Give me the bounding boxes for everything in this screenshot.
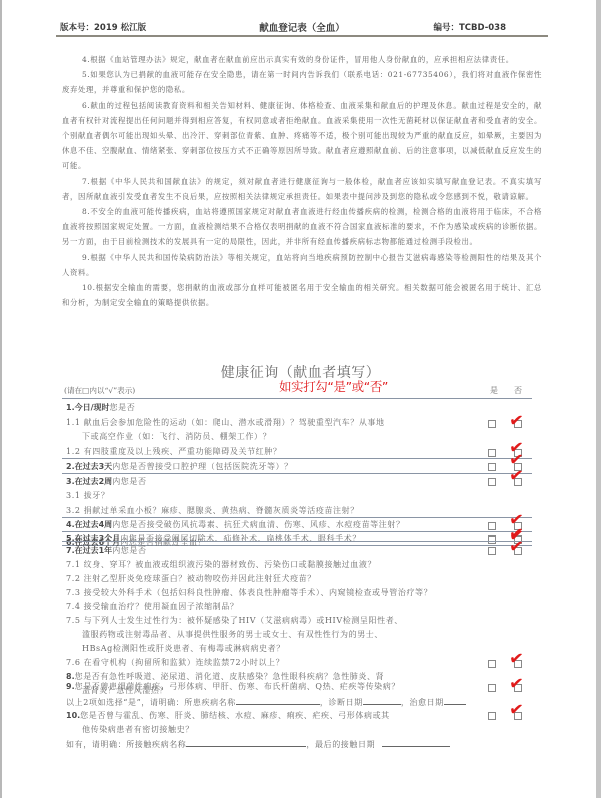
followup-contact-disease: 如有，请明确：所接触疾病名称，最后的接触日期 <box>66 738 450 750</box>
question-7-4: 7.4 接受输血治疗？使用凝血因子浓缩制品？ <box>66 601 238 612</box>
row-divider <box>62 473 532 474</box>
checkmark-icon: ✔ <box>508 538 524 556</box>
header-divider <box>56 35 548 37</box>
column-header-yes: 是 <box>490 385 498 396</box>
checkbox-q8-yes[interactable] <box>488 660 496 668</box>
diagnosis-date-field[interactable] <box>363 696 401 705</box>
followup-disease-name: 以上2项如选择“是”，请明确：所患疾病名称，诊断日期，治愈日期 <box>66 696 466 708</box>
checkbox-q6-yes[interactable] <box>488 536 496 544</box>
question-7-5-cont: 滥服药物或注射毒品者、从事提供性服务的男士或女士、有双性性行为的男士、 <box>82 629 383 640</box>
question-7-1: 7.1 纹身、穿耳？被血液或组织液污染的器材致伤、污染伤口或黏膜接触过血液？ <box>66 559 376 570</box>
checkmark-icon: ✔ <box>508 467 524 485</box>
cure-date-field[interactable] <box>444 696 466 705</box>
red-annotation: 如实打勾“是”或“否” <box>279 377 388 395</box>
question-7: 7.在过去1年内您是否 <box>66 545 147 556</box>
notice-item-8: 8.不安全的血液可能传播疾病，血站将遵照国家规定对献血者血液进行经血传播疾病的检… <box>62 204 542 250</box>
checkmark-icon: ✔ <box>508 412 524 430</box>
checkbox-q1-1-yes[interactable] <box>488 420 496 428</box>
question-1-1: 1.1 献血后会参加危险性的运动（如：爬山、潜水或滑翔）？驾驶重型汽车？从事地 <box>66 417 385 428</box>
question-7-3: 7.3 接受较大外科手术（包括妇科良性肿瘤、体表良性肿瘤等手术）、内窥镜检查或导… <box>66 587 432 598</box>
question-1: 1.今日/现时您是否 <box>66 402 135 413</box>
last-contact-date-field[interactable] <box>382 738 450 747</box>
question-9: 9.您是否曾患细菌性痢疾、弓形体病、甲肝、伤寒、布氏杆菌病、Q热、疟疾等传染病？ <box>66 681 400 692</box>
row-divider <box>62 531 532 532</box>
survey-header-divider <box>62 398 532 399</box>
checkmark-icon: ✔ <box>508 701 524 719</box>
question-3: 3.在过去2周内您是否 <box>66 476 147 487</box>
row-divider <box>62 517 532 518</box>
notice-item-7: 7.根据《中华人民共和国献血法》的规定，须对献血者进行健康征询与一般体检，献血者… <box>62 174 542 204</box>
notice-item-4: 4.根据《血站管理办法》规定，献血者在献血前应出示真实有效的身份证件，冒用他人身… <box>62 52 542 67</box>
notice-item-10: 10.根据安全输血的需要，您捐献的血液或部分血样可能被匿名用于安全输血的相关研究… <box>62 280 542 310</box>
question-1-2: 1.2 有四肢重度及以上残疾、严重功能障碍及关节红肿？ <box>66 446 281 457</box>
question-7-5: 7.5 与下列人士发生过性行为：被怀疑感染了HIV（艾滋病病毒）或HIV检测呈阳… <box>66 615 403 626</box>
checkbox-q1-2-yes[interactable] <box>488 449 496 457</box>
checkbox-q9-yes[interactable] <box>488 684 496 692</box>
question-3-1: 3.1 拔牙？ <box>66 490 109 501</box>
question-7-2: 7.2 注射乙型肝炎免疫球蛋白？被动物咬伤并因此注射狂犬疫苗？ <box>66 573 316 584</box>
checkbox-q7-yes[interactable] <box>488 547 496 555</box>
row-divider <box>62 458 532 459</box>
question-10: 10.您是否曾与霍乱、伤寒、肝炎、肺结核、水痘、麻疹、痢疾、疟疾、弓形体病或其 <box>66 710 390 721</box>
checkbox-q10-yes[interactable] <box>488 712 496 720</box>
question-3-2: 3.2 捐献过单采血小板？麻疹、腮腺炎、黄热病、脊髓灰质炎等活疫苗注射？ <box>66 505 359 516</box>
contact-disease-field[interactable] <box>186 738 306 747</box>
column-header-no: 否 <box>514 385 522 396</box>
notice-item-6: 6.献血的过程包括阅读教育资料和相关告知材料、健康征询、体格检查、血液采集和献血… <box>62 98 542 174</box>
row-divider <box>62 541 532 542</box>
question-2: 2.在过去3天内您是否曾接受口腔护理（包括医院洗牙等）？ <box>66 461 293 472</box>
checkbox-q2-yes[interactable] <box>488 463 496 471</box>
checkbox-q4-yes[interactable] <box>488 522 496 530</box>
checkmark-icon: ✔ <box>508 650 524 668</box>
disease-name-field[interactable] <box>236 696 320 705</box>
question-7-5-cont2: HBsAg检测阳性或肝炎患者、有梅毒或淋病病史者？ <box>82 643 285 654</box>
question-10-cont: 他传染病患者有密切接触史？ <box>82 724 194 735</box>
notice-item-5: 5.如果您认为已捐献的血液可能存在安全隐患，请在第一时间内告诉我们（联系电话：0… <box>62 67 542 97</box>
window-frame-left <box>0 0 2 798</box>
checkmark-icon: ✔ <box>508 675 524 693</box>
question-4: 4.在过去4周内您是否接受破伤风抗毒素、抗狂犬病血清、伤寒、风疹、水痘疫苗等注射… <box>66 519 405 530</box>
question-7-6: 7.6 在看守机构（拘留所和监狱）连续监禁72小时以上？ <box>66 657 284 668</box>
form-code: 编号：TCBD-038 <box>434 21 507 33</box>
checkbox-q3-yes[interactable] <box>488 478 496 486</box>
survey-hint: (请在□内以“√”表示) <box>64 385 135 396</box>
notice-item-9: 9.根据《中华人民共和国传染病防治法》等相关规定，血站将向当地疾病预防控制中心报… <box>62 250 542 280</box>
question-1-1-cont: 下或高空作业（如：飞行、消防员、棚架工作）？ <box>82 431 271 442</box>
notice-list: 4.根据《血站管理办法》规定，献血者在献血前应出示真实有效的身份证件，冒用他人身… <box>62 52 542 310</box>
window-frame-right <box>596 0 601 798</box>
